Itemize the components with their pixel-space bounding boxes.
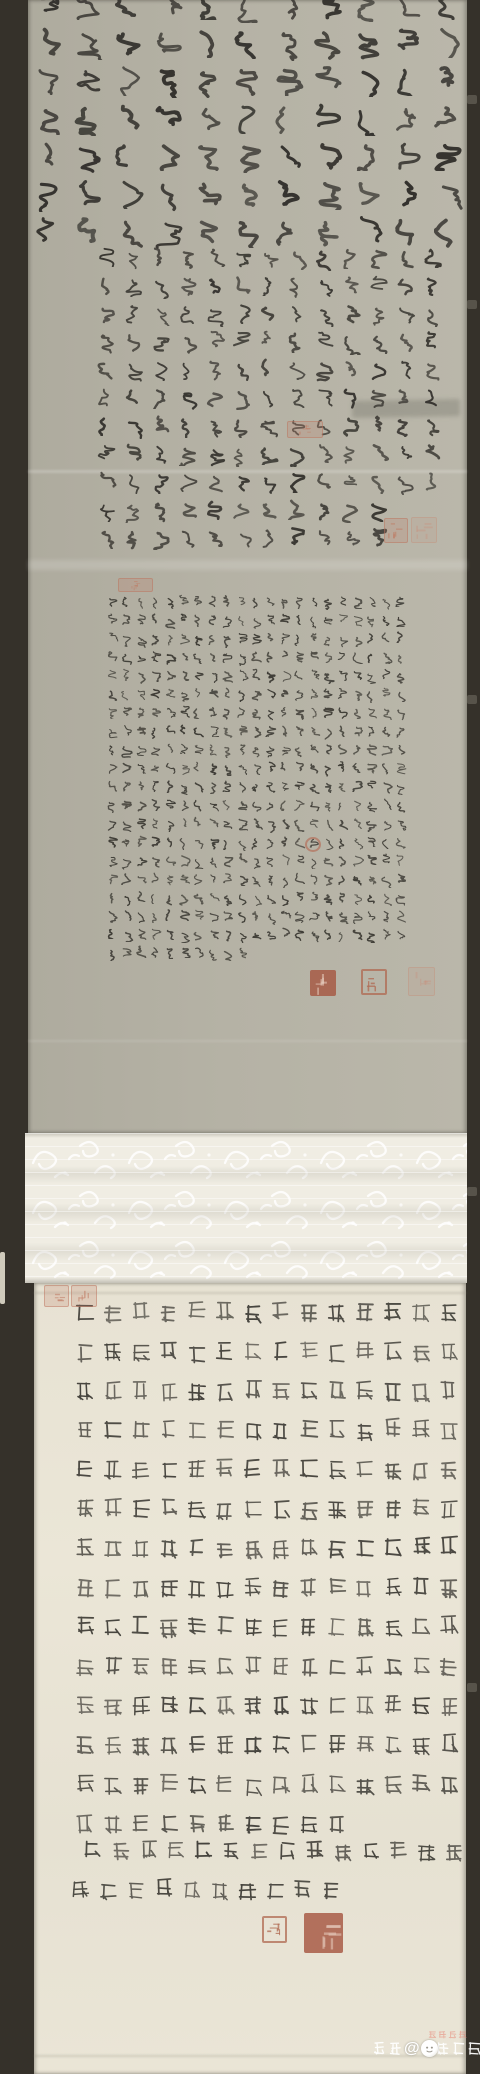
roller-notch-1 bbox=[467, 95, 477, 104]
seal-colophon-rect bbox=[287, 421, 323, 438]
seal-mid-3 bbox=[408, 967, 435, 996]
watermark-char bbox=[388, 2041, 403, 2056]
seal-inline-ring bbox=[305, 837, 321, 852]
seal-top-square-1 bbox=[384, 518, 408, 543]
seal-mid-1 bbox=[310, 970, 336, 996]
seal-top-square-2 bbox=[411, 517, 437, 543]
seal-signature-1 bbox=[262, 1916, 287, 1943]
left-edge-sliver bbox=[0, 1252, 5, 1304]
watermark-prefix-glyphs bbox=[372, 2041, 403, 2056]
toutiao-logo-icon bbox=[421, 2040, 438, 2057]
watermark: @ bbox=[372, 2040, 480, 2057]
paper-bottom-sheet bbox=[34, 1283, 466, 2074]
roller-notch-2 bbox=[467, 300, 477, 309]
seal-bottom-pair-a bbox=[44, 1285, 69, 1307]
seal-bottom-pair-b bbox=[71, 1285, 97, 1307]
brocade-band bbox=[25, 1133, 467, 1283]
brocade-weave-texture bbox=[25, 1133, 467, 1283]
seal-small-rect bbox=[118, 578, 153, 592]
roller-notch-4 bbox=[467, 1187, 477, 1196]
watermark-char bbox=[451, 2041, 466, 2056]
seal-signature-2 bbox=[304, 1913, 343, 1953]
paper-top-sheet bbox=[28, 0, 467, 1133]
photo-background: @ bbox=[0, 0, 480, 2074]
roller-notch-5 bbox=[467, 1683, 477, 1692]
watermark-at-symbol: @ bbox=[404, 2041, 420, 2057]
watermark-char bbox=[467, 2041, 480, 2056]
watermark-char bbox=[372, 2041, 387, 2056]
roller-notch-3 bbox=[467, 695, 477, 704]
seal-mid-2 bbox=[361, 969, 387, 995]
watermark-suffix-glyphs bbox=[435, 2041, 480, 2056]
